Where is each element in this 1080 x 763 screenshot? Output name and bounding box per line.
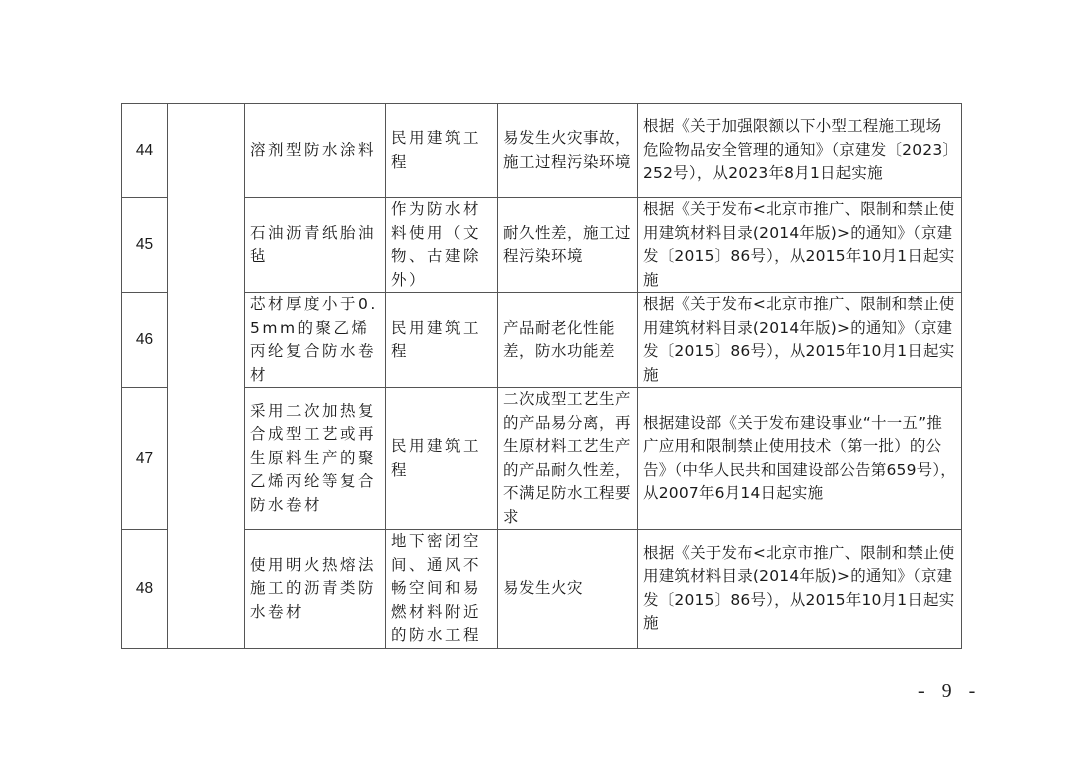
restriction-reason: 易发生火灾 [498, 530, 638, 649]
document-page: 44 溶剂型防水涂料 民用建筑工程 易发生火灾事故，施工过程污染环境 根据《关于… [0, 0, 1080, 763]
material-name: 使用明火热熔法施工的沥青类防水卷材 [245, 530, 386, 649]
restricted-materials-table: 44 溶剂型防水涂料 民用建筑工程 易发生火灾事故，施工过程污染环境 根据《关于… [121, 103, 962, 649]
row-number: 45 [122, 198, 168, 293]
category-cell [168, 104, 245, 649]
regulatory-basis: 根据《关于发布<北京市推广、限制和禁止使用建筑材料目录(2014年版)>的通知》… [638, 198, 962, 293]
restriction-reason: 易发生火灾事故，施工过程污染环境 [498, 104, 638, 198]
regulatory-basis: 根据建设部《关于发布建设事业“十一五”推广应用和限制禁止使用技术（第一批）的公告… [638, 388, 962, 530]
table-row: 44 溶剂型防水涂料 民用建筑工程 易发生火灾事故，施工过程污染环境 根据《关于… [122, 104, 962, 198]
table-row: 47 采用二次加热复合成型工艺或再生原料生产的聚乙烯丙纶等复合防水卷材 民用建筑… [122, 388, 962, 530]
table-row: 48 使用明火热熔法施工的沥青类防水卷材 地下密闭空间、通风不畅空间和易燃材料附… [122, 530, 962, 649]
material-name: 芯材厚度小于0.5mm的聚乙烯丙纶复合防水卷材 [245, 293, 386, 388]
row-number: 44 [122, 104, 168, 198]
table-row: 45 石油沥青纸胎油毡 作为防水材料使用（文物、古建除外） 耐久性差，施工过程污… [122, 198, 962, 293]
restriction-reason: 二次成型工艺生产的产品易分离，再生原材料工艺生产的产品耐久性差，不满足防水工程要… [498, 388, 638, 530]
regulatory-basis: 根据《关于发布<北京市推广、限制和禁止使用建筑材料目录(2014年版)>的通知》… [638, 530, 962, 649]
row-number: 47 [122, 388, 168, 530]
restriction-reason: 产品耐老化性能差，防水功能差 [498, 293, 638, 388]
row-number: 48 [122, 530, 168, 649]
restricted-scope: 作为防水材料使用（文物、古建除外） [386, 198, 498, 293]
regulatory-basis: 根据《关于加强限额以下小型工程施工现场危险物品安全管理的通知》（京建发〔2023… [638, 104, 962, 198]
table-row: 46 芯材厚度小于0.5mm的聚乙烯丙纶复合防水卷材 民用建筑工程 产品耐老化性… [122, 293, 962, 388]
restriction-reason: 耐久性差，施工过程污染环境 [498, 198, 638, 293]
material-name: 石油沥青纸胎油毡 [245, 198, 386, 293]
material-name: 溶剂型防水涂料 [245, 104, 386, 198]
restricted-scope: 民用建筑工程 [386, 104, 498, 198]
restricted-scope: 地下密闭空间、通风不畅空间和易燃材料附近的防水工程 [386, 530, 498, 649]
material-name: 采用二次加热复合成型工艺或再生原料生产的聚乙烯丙纶等复合防水卷材 [245, 388, 386, 530]
page-number: - 9 - [918, 680, 981, 703]
regulatory-basis: 根据《关于发布<北京市推广、限制和禁止使用建筑材料目录(2014年版)>的通知》… [638, 293, 962, 388]
restricted-scope: 民用建筑工程 [386, 388, 498, 530]
row-number: 46 [122, 293, 168, 388]
restricted-scope: 民用建筑工程 [386, 293, 498, 388]
